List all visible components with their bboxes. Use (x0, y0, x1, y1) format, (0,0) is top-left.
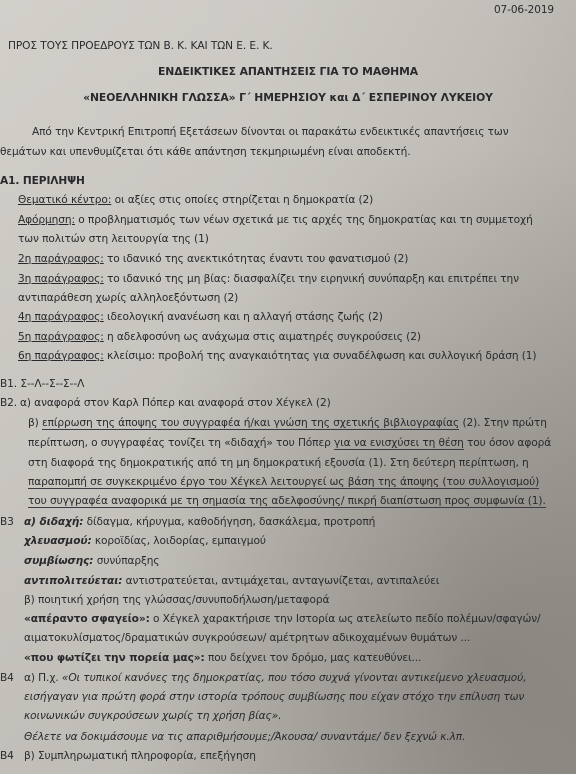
b3-row-symviosis: συμβίωσης: συνύπαρξης (24, 555, 160, 567)
recipient-line: ΠΡΟΣ ΤΟΥΣ ΠΡΟΕΔΡΟΥΣ ΤΩΝ Β. Κ. ΚΑΙ ΤΩΝ Ε.… (8, 40, 273, 52)
b3-quote-term: «απέραντο σφαγείο»: (24, 613, 150, 625)
a1-heading: Α1. ΠΕΡΙΛΗΨΗ (0, 175, 85, 187)
b2-b-line-2: περίπτωση, ο συγγραφέας τονίζει τη «διδα… (28, 437, 551, 449)
a1-item-text: το ιδανικό της μη βίας: διασφαλίζει την … (104, 273, 519, 285)
title-line-1: ΕΝΔΕΙΚΤΙΚΕΣ ΑΠΑΝΤΗΣΕΙΣ ΓΙΑ ΤΟ ΜΑΘΗΜΑ (0, 65, 576, 78)
b2-a: α) αναφορά στον Καρλ Πόπερ και αναφορά σ… (20, 397, 331, 409)
b3-quote-2: «που φωτίζει την πορεία μας»: που δείχνε… (24, 652, 421, 664)
a1-item-paragraph-4: 4η παράγραφος: ιδεολογική ανανέωση και η… (18, 311, 383, 323)
b3-row-antipoliteuetai: αντιπολιτεύεται: αντιστρατεύεται, αντιμά… (24, 575, 439, 587)
b2-b-line-2-underlined: για να ενισχύσει τη θέση (334, 437, 464, 450)
b4-a-line-1: α) Π.χ. «Οι τυπικοί κανόνες της δημοκρατ… (24, 672, 526, 684)
b4-a-prefix: α) Π.χ. (24, 672, 59, 684)
title-line-2: «ΝΕΟΕΛΛΗΝΙΚΗ ΓΛΩΣΣΑ» Γ΄ ΗΜΕΡΗΣΙΟΥ και Δ΄… (0, 91, 576, 104)
a1-item-label: 6η παράγραφος: (18, 350, 104, 362)
a1-item-motive-cont: των πολιτών στη λειτουργία της (1) (18, 233, 209, 245)
b2-number: Β2. (0, 397, 17, 409)
b2-b-line-4: παραπομπή σε συγκεκριμένο έργο του Χέγκε… (28, 476, 539, 488)
b3-quote-term: «που φωτίζει την πορεία μας»: (24, 652, 205, 664)
b3-number: Β3 (0, 516, 14, 528)
b4-a-line-4: Θέλετε να δοκιμάσουμε να τις απαριθμήσου… (24, 731, 465, 743)
a1-item-paragraph-5: 5η παράγραφος: η αδελφοσύνη ως ανάχωμα σ… (18, 331, 421, 343)
b3-quote-text: ο Χέγκελ χαρακτήρισε την Ιστορία ως ατελ… (150, 613, 541, 625)
a1-item-label: 3η παράγραφος: (18, 273, 104, 285)
a1-item-text: η αδελφοσύνη ως ανάχωμα στις αιματηρές σ… (104, 331, 421, 343)
b3-b: β) ποιητική χρήση της γλώσσας/συνυποδήλω… (24, 594, 329, 606)
b3-term: χλευασμού: (24, 535, 92, 547)
b3-term: συμβίωσης: (24, 555, 93, 567)
a1-item-paragraph-3: 3η παράγραφος: το ιδανικό της μη βίας: δ… (18, 273, 519, 285)
a1-item-label: 5η παράγραφος: (18, 331, 104, 343)
b4-a-quote-2: εισήγαγαν για πρώτη φορά στην ιστορία τρ… (24, 691, 524, 703)
b4-number-2: Β4 (0, 750, 14, 762)
b2-b-rest: (2). Στην πρώτη (459, 417, 547, 429)
b1-answer: Β1. Σ--Λ--Σ--Σ--Λ (0, 378, 84, 390)
document-date: 07-06-2019 (494, 4, 554, 16)
a1-item-paragraph-2: 2η παράγραφος: το ιδανικό της ανεκτικότη… (18, 253, 408, 265)
a1-item-text: το ιδανικό της ανεκτικότητας έναντι του … (104, 253, 409, 265)
a1-item-text: οι αξίες στις οποίες στηρίζεται η δημοκρ… (111, 194, 373, 206)
b2-b-line-1: β) επίρρωση της άποψης του συγγραφέα ή/κ… (28, 417, 547, 429)
a1-item-paragraph-6: 6η παράγραφος: κλείσιμο: προβολή της ανα… (18, 350, 536, 362)
a1-item-label: Αφόρμηση: (18, 214, 75, 226)
b4-b: β) Συμπληρωματική πληροφορία, επεξήγηση (24, 750, 256, 762)
b2-b-underlined-1: επίρρωση της άποψης του συγγραφέα (42, 417, 240, 430)
b2-b-line-3: στη διαφορά της δημοκρατικής από τη μη δ… (28, 457, 529, 469)
a1-item-text: ο προβληματισμός των νέων σχετικά με τις… (75, 214, 533, 226)
b3-term: α) διδαχή: (24, 516, 83, 528)
b4-a-quote-1: «Οι τυπικοί κανόνες της δημοκρατίας, που… (59, 672, 527, 684)
b4-a-quote-3: κοινωνικών συγκρούσεων χωρίς τη χρήση βί… (24, 710, 281, 722)
b3-text: αντιστρατεύεται, αντιμάχεται, ανταγωνίζε… (122, 575, 439, 587)
b1-number: Β1. (0, 378, 17, 390)
b3-row-chleuasmou: χλευασμού: κοροϊδίας, λοιδορίας, εμπαιγμ… (24, 535, 266, 547)
b3-quote-1-cont: αιματοκυλίσματος/δραματικών συγκρούσεων/… (24, 632, 470, 644)
a1-item-text: ιδεολογική ανανέωση και η αλλαγή στάσης … (104, 311, 383, 323)
b2-b-line-2-pre: περίπτωση, ο συγγραφέας τονίζει τη «διδα… (28, 437, 334, 449)
b3-row-didaxi: α) διδαχή: δίδαγμα, κήρυγμα, καθοδήγηση,… (24, 516, 375, 528)
b4-number: Β4 (0, 672, 14, 684)
b3-quote-1: «απέραντο σφαγείο»: ο Χέγκελ χαρακτήρισε… (24, 613, 541, 625)
b2-b-line-4-underlined: παραπομπή σε συγκεκριμένο έργο του Χέγκε… (28, 476, 539, 489)
b2-b-line-5-underlined: του συγγραφέα αναφορικά με τη σημασία τη… (28, 495, 546, 508)
a1-item-label: 2η παράγραφος: (18, 253, 104, 265)
b3-text: δίδαγμα, κήρυγμα, καθοδήγηση, δασκάλεμα,… (83, 516, 375, 528)
b2-b-line-5: του συγγραφέα αναφορικά με τη σημασία τη… (28, 495, 546, 507)
a1-item-thematic-center: Θεματικό κέντρο: οι αξίες στις οποίες στ… (18, 194, 373, 206)
intro-line-1: Από την Κεντρική Επιτροπή Εξετάσεων δίνο… (32, 126, 509, 138)
b3-quote-text: που δείχνει τον δρόμο, μας κατευθύνει... (205, 652, 422, 664)
b1-text: Σ--Λ--Σ--Σ--Λ (20, 378, 84, 390)
b3-text: κοροϊδίας, λοιδορίας, εμπαιγμού (92, 535, 266, 547)
a1-item-paragraph-3-cont: αντιπαράθεση χωρίς αλληλοεξόντωση (2) (18, 292, 238, 304)
b3-term: αντιπολιτεύεται: (24, 575, 122, 587)
b2-b-line-2-post: του όσον αφορά (464, 437, 551, 449)
a1-item-text: κλείσιμο: προβολή της αναγκαιότητας για … (104, 350, 537, 362)
a1-item-label: Θεματικό κέντρο: (18, 194, 111, 206)
a1-item-motive: Αφόρμηση: ο προβληματισμός των νέων σχετ… (18, 214, 533, 226)
a1-item-label: 4η παράγραφος: (18, 311, 104, 323)
b2-b-underlined-2: ή/και γνώση της σχετικής βιβλιογραφίας (240, 417, 459, 430)
intro-line-2: θεμάτων και υπενθυμίζεται ότι κάθε απάντ… (0, 146, 410, 158)
b3-text: συνύπαρξης (93, 555, 159, 567)
b2-b-prefix: β) (28, 417, 42, 429)
